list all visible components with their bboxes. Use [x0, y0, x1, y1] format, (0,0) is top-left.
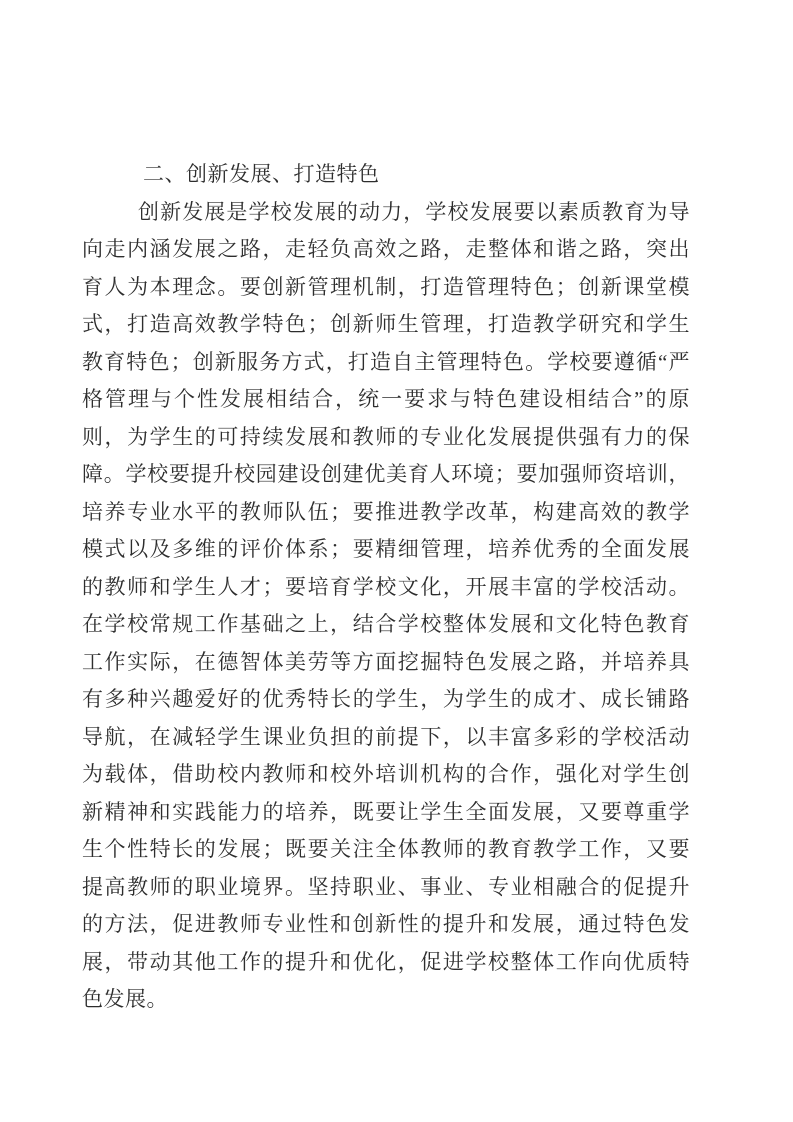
paragraph-line: 有多种兴趣爱好的优秀特长的学生，为学生的成才、成长铺路: [82, 681, 690, 719]
paragraph-line: 为载体，借助校内教师和校外培训机构的合作，强化对学生创: [82, 756, 690, 794]
document-page: 二、创新发展、打造特色 创新发展是学校发展的动力，学校发展要以素质教育为导 向走…: [0, 0, 793, 1122]
paragraph-line: 创新发展是学校发展的动力，学校发展要以素质教育为导: [82, 194, 690, 232]
paragraph-line: 在学校常规工作基础之上，结合学校整体发展和文化特色教育: [82, 606, 690, 644]
paragraph-line: 生个性特长的发展；既要关注全体教师的教育教学工作，又要: [82, 831, 690, 869]
paragraph-line: 式，打造高效教学特色；创新师生管理，打造教学研究和学生: [82, 306, 690, 344]
paragraph-line: 向走内涵发展之路，走轻负高效之路，走整体和谐之路，突出: [82, 231, 690, 269]
paragraph-line: 工作实际，在德智体美劳等方面挖掘特色发展之路，并培养具: [82, 644, 690, 682]
paragraph-line: 色发展。: [82, 981, 690, 1019]
document-text-block: 二、创新发展、打造特色 创新发展是学校发展的动力，学校发展要以素质教育为导 向走…: [82, 156, 690, 1019]
paragraph-line: 导航，在减轻学生课业负担的前提下，以丰富多彩的学校活动: [82, 719, 690, 757]
paragraph-line: 则，为学生的可持续发展和教师的专业化发展提供强有力的保: [82, 419, 690, 457]
paragraph-line: 障。学校要提升校园建设创建优美育人环境；要加强师资培训，: [82, 456, 690, 494]
paragraph-line: 新精神和实践能力的培养，既要让学生全面发展，又要尊重学: [82, 794, 690, 832]
paragraph-line: 模式以及多维的评价体系；要精细管理，培养优秀的全面发展: [82, 531, 690, 569]
paragraph-line: 提高教师的职业境界。坚持职业、事业、专业相融合的促提升: [82, 869, 690, 907]
paragraph-line: 教育特色；创新服务方式，打造自主管理特色。学校要遵循“严: [82, 344, 690, 382]
paragraph-line: 培养专业水平的教师队伍；要推进教学改革，构建高效的教学: [82, 494, 690, 532]
paragraph-line: 展，带动其他工作的提升和优化，促进学校整体工作向优质特: [82, 944, 690, 982]
paragraph-line: 育人为本理念。要创新管理机制，打造管理特色；创新课堂模: [82, 269, 690, 307]
paragraph-line: 的方法，促进教师专业性和创新性的提升和发展，通过特色发: [82, 906, 690, 944]
section-heading: 二、创新发展、打造特色: [82, 156, 690, 194]
paragraph-line: 格管理与个性发展相结合，统一要求与特色建设相结合”的原: [82, 381, 690, 419]
paragraph-line: 的教师和学生人才；要培育学校文化，开展丰富的学校活动。: [82, 569, 690, 607]
